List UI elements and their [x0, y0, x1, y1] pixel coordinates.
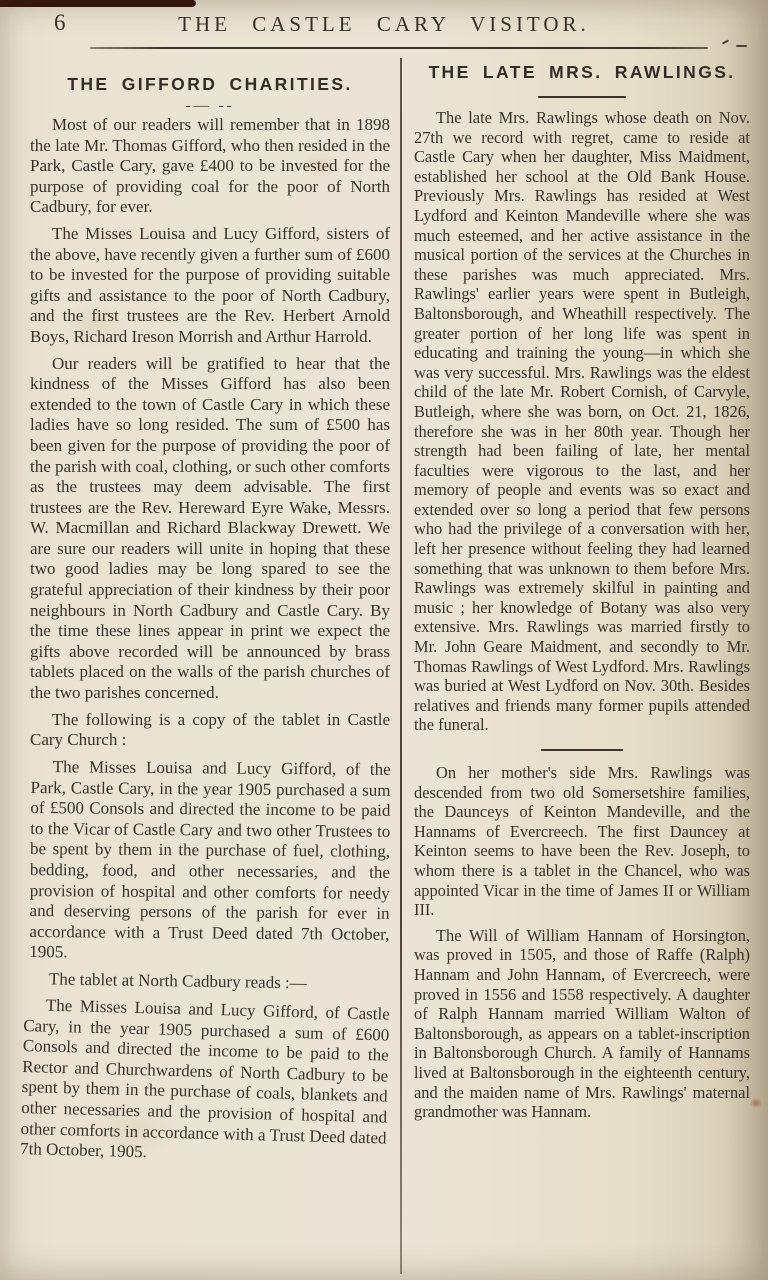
headline-rule: [538, 96, 626, 98]
article-headline-gifford: THE GIFFORD CHARITIES.: [30, 74, 390, 95]
paragraph: The following is a copy of the tablet in…: [30, 710, 390, 751]
scanned-newspaper-page: 6 THE CASTLE CARY VISITOR. THE GIFFORD C…: [0, 0, 768, 1280]
ink-mark: [722, 39, 729, 44]
right-column-article: THE LATE MRS. RAWLINGS. The late Mrs. Ra…: [414, 58, 750, 1128]
paragraph: The Will of William Hannam of Horsington…: [414, 926, 750, 1122]
paragraph: The Misses Louisa and Lucy Gifford, of C…: [20, 995, 390, 1169]
section-divider-rule: [541, 749, 623, 751]
ink-mark: [736, 45, 747, 47]
paragraph: The Misses Louisa and Lucy Gifford, of t…: [29, 757, 391, 966]
masthead-title: THE CASTLE CARY VISITOR.: [0, 12, 768, 37]
masthead-rule: [90, 47, 708, 49]
binding-edge-mark: [0, 0, 196, 7]
paper-stain: [750, 1098, 762, 1108]
left-column-article: THE GIFFORD CHARITIES. -— -- Most of our…: [30, 58, 390, 1166]
paragraph: On her mother's side Mrs. Rawlings was d…: [414, 763, 750, 920]
paragraph: The tablet at North Cadbury reads :—: [27, 969, 390, 995]
paragraph: Most of our readers will remember that i…: [30, 115, 390, 218]
paragraph: The late Mrs. Rawlings whose death on No…: [414, 108, 750, 735]
paragraph: Our readers will be gratified to hear th…: [30, 354, 390, 704]
article-headline-rawlings: THE LATE MRS. RAWLINGS.: [414, 62, 750, 83]
column-divider-rule: [400, 58, 402, 1274]
paragraph: The Misses Louisa and Lucy Gifford, sist…: [30, 224, 390, 348]
headline-ornament-dashes: -— --: [30, 101, 390, 111]
